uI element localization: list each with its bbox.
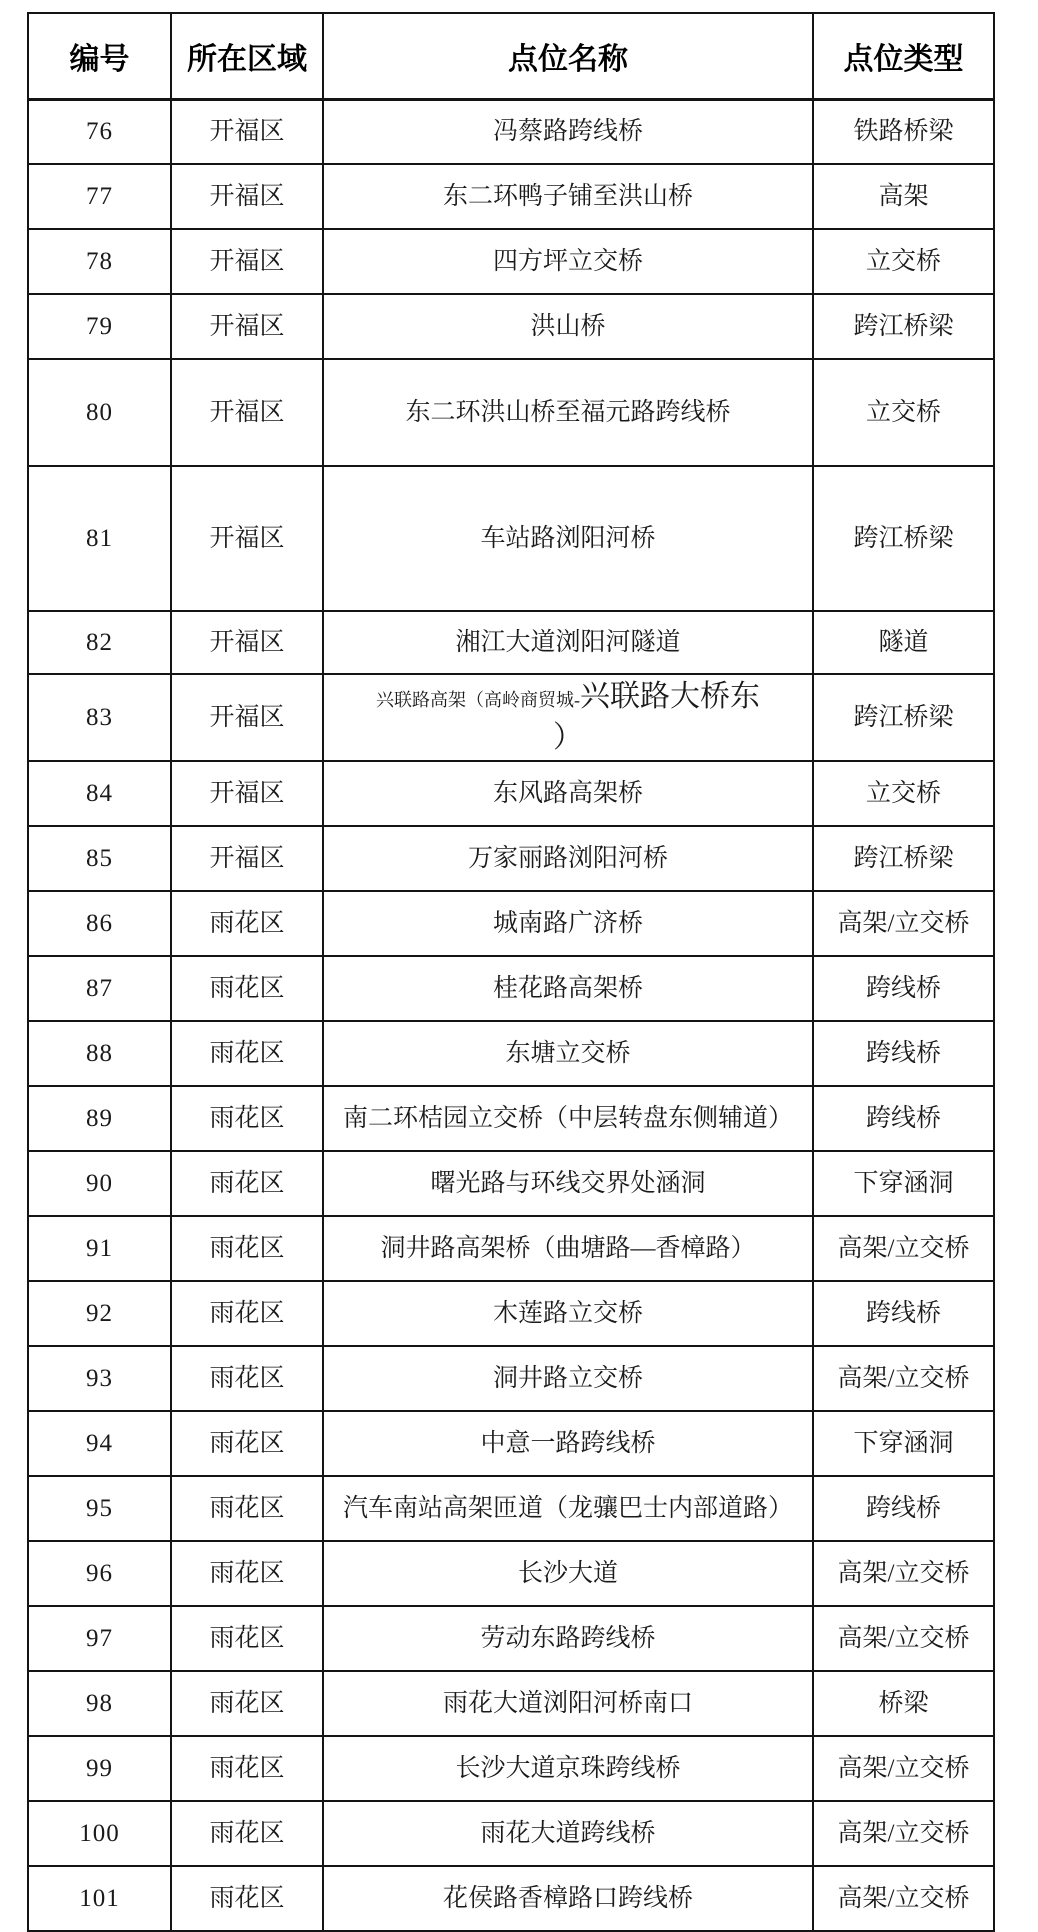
region-cell: 雨花区 bbox=[171, 891, 323, 956]
region-cell: 雨花区 bbox=[171, 1671, 323, 1736]
row-id-cell: 79 bbox=[28, 294, 171, 359]
type-cell: 立交桥 bbox=[813, 359, 994, 466]
document-page: 编号 所在区域 点位名称 点位类型 76开福区冯蔡路跨线桥铁路桥梁77开福区东二… bbox=[0, 0, 1038, 1932]
name-cell: 冯蔡路跨线桥 bbox=[323, 99, 813, 164]
region-cell: 开福区 bbox=[171, 826, 323, 891]
region-cell: 雨花区 bbox=[171, 1216, 323, 1281]
row-id-cell: 88 bbox=[28, 1021, 171, 1086]
row-id-cell: 91 bbox=[28, 1216, 171, 1281]
name-cell: 花侯路香樟路口跨线桥 bbox=[323, 1866, 813, 1931]
table-row: 89雨花区南二环桔园立交桥（中层转盘东侧辅道）跨线桥 bbox=[28, 1086, 994, 1151]
name-cell: 东风路高架桥 bbox=[323, 761, 813, 826]
header-row: 编号 所在区域 点位名称 点位类型 bbox=[28, 13, 994, 99]
row-id-cell: 95 bbox=[28, 1476, 171, 1541]
region-cell: 雨花区 bbox=[171, 1736, 323, 1801]
name-cell: 车站路浏阳河桥 bbox=[323, 466, 813, 611]
table-row: 77开福区东二环鸭子铺至洪山桥高架 bbox=[28, 164, 994, 229]
row-id-cell: 100 bbox=[28, 1801, 171, 1866]
row-id-cell: 87 bbox=[28, 956, 171, 1021]
row-id-cell: 81 bbox=[28, 466, 171, 611]
type-cell: 下穿涵洞 bbox=[813, 1411, 994, 1476]
table-row: 97雨花区劳动东路跨线桥高架/立交桥 bbox=[28, 1606, 994, 1671]
region-cell: 开福区 bbox=[171, 761, 323, 826]
row-id-cell: 101 bbox=[28, 1866, 171, 1931]
region-cell: 雨花区 bbox=[171, 1541, 323, 1606]
type-cell: 铁路桥梁 bbox=[813, 99, 994, 164]
table-row: 84开福区东风路高架桥立交桥 bbox=[28, 761, 994, 826]
region-cell: 雨花区 bbox=[171, 1086, 323, 1151]
table-row: 91雨花区洞井路高架桥（曲塘路—香樟路）高架/立交桥 bbox=[28, 1216, 994, 1281]
row-id-cell: 83 bbox=[28, 674, 171, 761]
table-row: 92雨花区木莲路立交桥跨线桥 bbox=[28, 1281, 994, 1346]
type-cell: 隧道 bbox=[813, 611, 994, 674]
table-row: 94雨花区中意一路跨线桥下穿涵洞 bbox=[28, 1411, 994, 1476]
row-id-cell: 99 bbox=[28, 1736, 171, 1801]
type-cell: 桥梁 bbox=[813, 1671, 994, 1736]
name-cell: 兴联路高架（高岭商贸城-兴联路大桥东） bbox=[323, 674, 813, 761]
name-cell: 万家丽路浏阳河桥 bbox=[323, 826, 813, 891]
name-cell: 雨花大道跨线桥 bbox=[323, 1801, 813, 1866]
header-point-name: 点位名称 bbox=[323, 13, 813, 99]
table-row: 88雨花区东塘立交桥跨线桥 bbox=[28, 1021, 994, 1086]
region-cell: 开福区 bbox=[171, 611, 323, 674]
row-id-cell: 76 bbox=[28, 99, 171, 164]
type-cell: 跨江桥梁 bbox=[813, 294, 994, 359]
type-cell: 下穿涵洞 bbox=[813, 1151, 994, 1216]
region-cell: 开福区 bbox=[171, 359, 323, 466]
type-cell: 立交桥 bbox=[813, 761, 994, 826]
name-cell: 城南路广济桥 bbox=[323, 891, 813, 956]
type-cell: 跨江桥梁 bbox=[813, 674, 994, 761]
region-cell: 雨花区 bbox=[171, 1606, 323, 1671]
row-id-cell: 93 bbox=[28, 1346, 171, 1411]
row-id-cell: 89 bbox=[28, 1086, 171, 1151]
name-cell: 洪山桥 bbox=[323, 294, 813, 359]
name-cell: 长沙大道 bbox=[323, 1541, 813, 1606]
name-cell: 雨花大道浏阳河桥南口 bbox=[323, 1671, 813, 1736]
name-cell: 洞井路高架桥（曲塘路—香樟路） bbox=[323, 1216, 813, 1281]
type-cell: 高架/立交桥 bbox=[813, 1736, 994, 1801]
table-row: 90雨花区曙光路与环线交界处涵洞下穿涵洞 bbox=[28, 1151, 994, 1216]
table-row: 100雨花区雨花大道跨线桥高架/立交桥 bbox=[28, 1801, 994, 1866]
region-cell: 雨花区 bbox=[171, 1411, 323, 1476]
header-point-type: 点位类型 bbox=[813, 13, 994, 99]
type-cell: 跨线桥 bbox=[813, 1086, 994, 1151]
table-row: 87雨花区桂花路高架桥跨线桥 bbox=[28, 956, 994, 1021]
row-id-cell: 86 bbox=[28, 891, 171, 956]
row-id-cell: 97 bbox=[28, 1606, 171, 1671]
type-cell: 高架/立交桥 bbox=[813, 1216, 994, 1281]
table-row: 83开福区兴联路高架（高岭商贸城-兴联路大桥东）跨江桥梁 bbox=[28, 674, 994, 761]
name-cell: 曙光路与环线交界处涵洞 bbox=[323, 1151, 813, 1216]
region-cell: 雨花区 bbox=[171, 956, 323, 1021]
type-cell: 高架/立交桥 bbox=[813, 1541, 994, 1606]
header-region: 所在区域 bbox=[171, 13, 323, 99]
type-cell: 高架/立交桥 bbox=[813, 1866, 994, 1931]
name-cell: 桂花路高架桥 bbox=[323, 956, 813, 1021]
region-cell: 开福区 bbox=[171, 164, 323, 229]
type-cell: 立交桥 bbox=[813, 229, 994, 294]
type-cell: 高架 bbox=[813, 164, 994, 229]
row-id-cell: 78 bbox=[28, 229, 171, 294]
row-id-cell: 80 bbox=[28, 359, 171, 466]
table-body: 76开福区冯蔡路跨线桥铁路桥梁77开福区东二环鸭子铺至洪山桥高架78开福区四方坪… bbox=[28, 99, 994, 1931]
name-cell: 东塘立交桥 bbox=[323, 1021, 813, 1086]
name-emphasis-text: 兴联路大桥东 bbox=[580, 680, 760, 713]
type-cell: 高架/立交桥 bbox=[813, 891, 994, 956]
table-row: 99雨花区长沙大道京珠跨线桥高架/立交桥 bbox=[28, 1736, 994, 1801]
type-cell: 跨江桥梁 bbox=[813, 826, 994, 891]
table-row: 98雨花区雨花大道浏阳河桥南口桥梁 bbox=[28, 1671, 994, 1736]
row-id-cell: 96 bbox=[28, 1541, 171, 1606]
table-row: 78开福区四方坪立交桥立交桥 bbox=[28, 229, 994, 294]
name-emphasis-text: ） bbox=[553, 721, 583, 754]
table-header: 编号 所在区域 点位名称 点位类型 bbox=[28, 13, 994, 99]
type-cell: 跨线桥 bbox=[813, 1476, 994, 1541]
region-cell: 雨花区 bbox=[171, 1021, 323, 1086]
header-id: 编号 bbox=[28, 13, 171, 99]
type-cell: 高架/立交桥 bbox=[813, 1801, 994, 1866]
region-cell: 雨花区 bbox=[171, 1151, 323, 1216]
table-row: 101雨花区花侯路香樟路口跨线桥高架/立交桥 bbox=[28, 1866, 994, 1931]
region-cell: 开福区 bbox=[171, 674, 323, 761]
type-cell: 跨线桥 bbox=[813, 956, 994, 1021]
table-row: 80开福区东二环洪山桥至福元路跨线桥立交桥 bbox=[28, 359, 994, 466]
type-cell: 高架/立交桥 bbox=[813, 1606, 994, 1671]
name-cell: 中意一路跨线桥 bbox=[323, 1411, 813, 1476]
row-id-cell: 98 bbox=[28, 1671, 171, 1736]
type-cell: 跨线桥 bbox=[813, 1021, 994, 1086]
region-cell: 开福区 bbox=[171, 99, 323, 164]
region-cell: 雨花区 bbox=[171, 1346, 323, 1411]
row-id-cell: 94 bbox=[28, 1411, 171, 1476]
table-row: 86雨花区城南路广济桥高架/立交桥 bbox=[28, 891, 994, 956]
table-row: 82开福区湘江大道浏阳河隧道隧道 bbox=[28, 611, 994, 674]
row-id-cell: 84 bbox=[28, 761, 171, 826]
name-cell: 木莲路立交桥 bbox=[323, 1281, 813, 1346]
name-cell: 洞井路立交桥 bbox=[323, 1346, 813, 1411]
table-row: 81开福区车站路浏阳河桥跨江桥梁 bbox=[28, 466, 994, 611]
region-cell: 雨花区 bbox=[171, 1281, 323, 1346]
row-id-cell: 85 bbox=[28, 826, 171, 891]
table-row: 96雨花区长沙大道高架/立交桥 bbox=[28, 1541, 994, 1606]
region-cell: 雨花区 bbox=[171, 1866, 323, 1931]
table-row: 79开福区洪山桥跨江桥梁 bbox=[28, 294, 994, 359]
points-table: 编号 所在区域 点位名称 点位类型 76开福区冯蔡路跨线桥铁路桥梁77开福区东二… bbox=[27, 12, 995, 1932]
region-cell: 开福区 bbox=[171, 229, 323, 294]
name-cell: 四方坪立交桥 bbox=[323, 229, 813, 294]
name-cell: 劳动东路跨线桥 bbox=[323, 1606, 813, 1671]
table-row: 76开福区冯蔡路跨线桥铁路桥梁 bbox=[28, 99, 994, 164]
name-cell: 东二环洪山桥至福元路跨线桥 bbox=[323, 359, 813, 466]
region-cell: 雨花区 bbox=[171, 1801, 323, 1866]
region-cell: 开福区 bbox=[171, 294, 323, 359]
table-row: 85开福区万家丽路浏阳河桥跨江桥梁 bbox=[28, 826, 994, 891]
name-cell: 东二环鸭子铺至洪山桥 bbox=[323, 164, 813, 229]
region-cell: 开福区 bbox=[171, 466, 323, 611]
table-row: 95雨花区汽车南站高架匝道（龙骧巴士内部道路）跨线桥 bbox=[28, 1476, 994, 1541]
table-row: 93雨花区洞井路立交桥高架/立交桥 bbox=[28, 1346, 994, 1411]
row-id-cell: 77 bbox=[28, 164, 171, 229]
name-cell: 湘江大道浏阳河隧道 bbox=[323, 611, 813, 674]
name-cell: 汽车南站高架匝道（龙骧巴士内部道路） bbox=[323, 1476, 813, 1541]
type-cell: 跨江桥梁 bbox=[813, 466, 994, 611]
name-cell: 南二环桔园立交桥（中层转盘东侧辅道） bbox=[323, 1086, 813, 1151]
type-cell: 跨线桥 bbox=[813, 1281, 994, 1346]
name-text: 兴联路高架（高岭商贸城- bbox=[376, 690, 580, 710]
name-cell: 长沙大道京珠跨线桥 bbox=[323, 1736, 813, 1801]
row-id-cell: 92 bbox=[28, 1281, 171, 1346]
type-cell: 高架/立交桥 bbox=[813, 1346, 994, 1411]
region-cell: 雨花区 bbox=[171, 1476, 323, 1541]
row-id-cell: 82 bbox=[28, 611, 171, 674]
row-id-cell: 90 bbox=[28, 1151, 171, 1216]
